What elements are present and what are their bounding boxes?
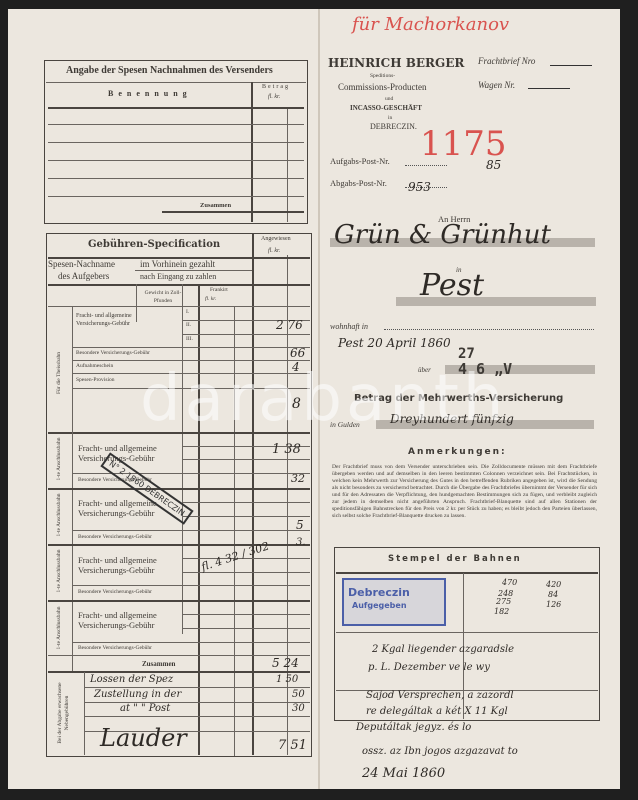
besondere-label-3: Besondere Versicherungs-Gebühr (78, 534, 152, 540)
grand-total-value: 7 51 (278, 738, 307, 753)
section-4-label: 1-te Anschlussbahn (56, 542, 62, 600)
class-i-label: I. (186, 309, 189, 315)
calc-right-1: 420 (546, 580, 561, 589)
abgabs-label: Abgabs-Post-Nr. (330, 178, 387, 188)
fracht-label-section-4: Fracht- und allgemeine Versicherungs-Geb… (78, 555, 188, 575)
frankirt-currency: fl. kr. (205, 296, 216, 302)
remarks-text: Der Frachtbrief muss von dem Versender u… (332, 464, 597, 520)
spesen-label-2: des Aufgebers (58, 271, 109, 281)
company-line-3: und (385, 96, 393, 102)
red-header-note: für Machorkanov (352, 14, 509, 35)
fees-total-label: Zusammen (142, 660, 175, 668)
aufnahme-label: Aufnahmeschein (76, 363, 113, 369)
fracht-3-value: 5 (296, 518, 304, 532)
company-line-5: in (388, 115, 392, 121)
fracht-label-section-5: Fracht- und allgemeine Versicherungs-Geb… (78, 610, 188, 630)
calc-left-1: 470 (502, 578, 517, 587)
frachtbrief-label: Frachtbrief Nro (478, 56, 535, 66)
expenses-total-label: Zusammen (200, 202, 231, 209)
provision-label: Spesen-Provision (76, 377, 115, 383)
blue-stamp-line-1: Debreczin (344, 580, 444, 599)
section-3-label: 1-te Anschlussbahn (56, 486, 62, 544)
calc-right-3: 126 (546, 600, 561, 609)
benennung-header: Benennung (108, 89, 192, 98)
extra-3-value: 30 (292, 703, 305, 714)
betrag-currency: fl. kr. (268, 94, 280, 100)
angewiesen-header: Angewiesen (261, 236, 291, 242)
besondere-label-4: Besondere Versicherungs-Gebühr (78, 589, 152, 595)
watermark: darabanth (140, 362, 507, 436)
margin-note: 3. (296, 537, 306, 548)
note-line-5: Deputáltak jegyz. és lo (356, 722, 471, 733)
calc-left-3: 275 (496, 597, 511, 606)
wagen-label: Wagen Nr. (478, 80, 515, 90)
signature: Lauder (100, 724, 187, 752)
aufgabs-label: Aufgabs-Post-Nr. (330, 156, 390, 166)
section-theissbahn-label: Für die Theissbahn (56, 348, 62, 398)
calc-right-2: 84 (548, 590, 558, 599)
fees-total-value: 5 24 (272, 656, 299, 670)
note-line-4: re delegáltak a két X 11 Kgl (366, 706, 508, 717)
extra-1-value: 1 50 (276, 674, 298, 685)
fracht-1-value: 2 76 (276, 318, 303, 332)
section-5-label: 1-te Anschlussbahn (56, 599, 62, 657)
fracht-label-section-1: Fracht- und allgemeine Versicherungs-Geb… (76, 312, 136, 328)
wohnhaft-label: wohnhaft in (330, 322, 368, 331)
blue-stamp-line-2: Aufgegeben (344, 599, 444, 610)
company-line-4: INCASSO-GESCHÄFT (350, 104, 422, 112)
recipient-city: Pest (420, 268, 484, 303)
date-line: Pest 20 April 1860 (338, 336, 451, 350)
expenses-table-title: Angabe der Spesen Nachnahmen des Versend… (66, 65, 273, 76)
besondere-1-value: 66 (290, 346, 305, 360)
company-line-6: DEBRECZIN. (370, 122, 417, 131)
betrag-header: Betrag (262, 84, 290, 90)
note-line-1: 2 Kgal liegender azgaradsle (372, 644, 514, 655)
note-line-3: Sajod Versprechen, a zazordl (366, 690, 514, 701)
company-line-1: Speditions- (370, 73, 395, 79)
fracht-label-section-2: Fracht- und allgemeine Versicherungs-Geb… (78, 443, 188, 463)
frankirt-header: Frankirt (210, 287, 228, 293)
company-name: HEINRICH BERGER (328, 56, 464, 70)
abgabs-value: 953 (408, 180, 431, 194)
besondere-label-1: Besondere Versicherungs-Gebühr (76, 350, 150, 356)
extra-2-desc: Zustellung in der (94, 689, 181, 700)
spesen-option-prepaid: im Vorhinein gezahlt (140, 259, 215, 269)
fracht-2-value: 1 38 (272, 442, 301, 457)
fees-table-title: Gebühren-Specification (88, 239, 220, 250)
note-date: 24 Mai 1860 (362, 766, 445, 781)
note-line-2: p. L. Dezember ve le wy (368, 662, 490, 673)
gewicht-header: Gewicht in Zoll-Pfunden (138, 289, 188, 305)
spesen-option-on-arrival: nach Eingang zu zahlen (140, 272, 216, 281)
angewiesen-currency: fl. kr. (268, 248, 280, 254)
extra-1-desc: Lossen der Spez (90, 674, 173, 685)
calc-left-4: 182 (494, 607, 509, 616)
note-line-6: ossz. az Ibn jogos azgazavat to (362, 746, 518, 757)
extra-fees-section-label: Bei der Abgabe erwachsene Nebengebühren (57, 673, 71, 753)
aufgabs-value: 85 (486, 158, 501, 172)
company-line-2: Commissions-Producten (338, 82, 427, 92)
class-iii-label: III. (186, 336, 193, 342)
class-ii-label: II. (186, 322, 191, 328)
stamps-title: Stempel der Bahnen (388, 554, 522, 564)
spesen-label-1: Spesen-Nachname (48, 259, 115, 269)
besondere-2-value: 32 (291, 472, 305, 485)
blue-station-stamp: Debreczin Aufgegeben (342, 578, 446, 626)
extra-2-value: 50 (292, 689, 305, 700)
remarks-title: Anmerkungen: (408, 447, 507, 457)
besondere-label-5: Besondere Versicherungs-Gebühr (78, 645, 152, 651)
recipient-name: Grün & Grünhut (334, 220, 551, 250)
extra-3-desc: at " " Post (120, 703, 170, 714)
section-2-label: 1-te Anschlussbahn (56, 430, 62, 488)
